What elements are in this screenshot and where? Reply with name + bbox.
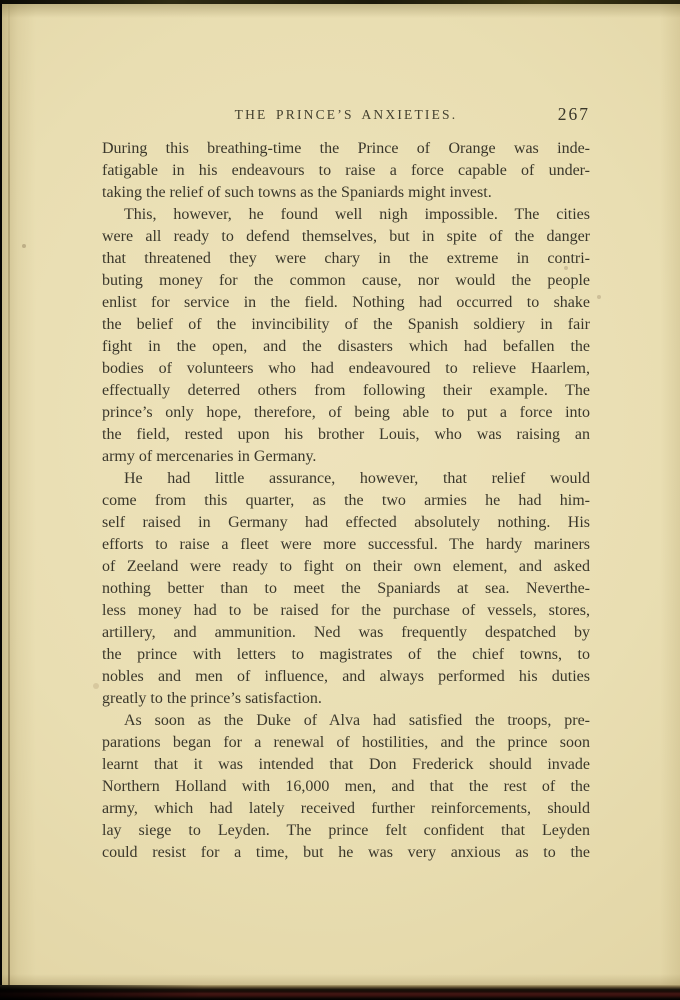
text-line: army of mercenaries in Germany. xyxy=(102,446,590,468)
text-line: He had little assurance, however, that r… xyxy=(102,468,590,490)
text-line: nothing better than to meet the Spaniard… xyxy=(102,578,590,600)
text-line: could resist for a time, but he was very… xyxy=(102,842,590,864)
text-line: taking the relief of such towns as the S… xyxy=(102,182,590,204)
text-line: Northern Holland with 16,000 men, and th… xyxy=(102,776,590,798)
paragraph: He had little assurance, however, that r… xyxy=(102,468,590,710)
page-header-title: THE PRINCE’S ANXIETIES. xyxy=(102,106,590,124)
text-line: fatigable in his endeavours to raise a f… xyxy=(102,160,590,182)
text-line: army, which had lately received further … xyxy=(102,798,590,820)
text-line: were all ready to defend themselves, but… xyxy=(102,226,590,248)
text-line: parations began for a renewal of hostili… xyxy=(102,732,590,754)
text-line: prince’s only hope, therefore, of being … xyxy=(102,402,590,424)
paragraph: As soon as the Duke of Alva had satisfie… xyxy=(102,710,590,864)
text-line: the belief of the invincibility of the S… xyxy=(102,314,590,336)
text-line: come from this quarter, as the two armie… xyxy=(102,490,590,512)
text-line: fight in the open, and the disasters whi… xyxy=(102,336,590,358)
text-line: less money had to be raised for the purc… xyxy=(102,600,590,622)
book-edge-bottom xyxy=(0,985,680,1000)
text-line: greatly to the prince’s satisfaction. xyxy=(102,688,590,710)
gutter-crease xyxy=(8,4,10,986)
paragraph: This, however, he found well nigh imposs… xyxy=(102,204,590,468)
text-line: the field, rested upon his brother Louis… xyxy=(102,424,590,446)
text-line: During this breathing-time the Prince of… xyxy=(102,138,590,160)
text-line: learnt that it was intended that Don Fre… xyxy=(102,754,590,776)
running-header: THE PRINCE’S ANXIETIES. 267 xyxy=(102,106,590,124)
text-line: artillery, and ammunition. Ned was frequ… xyxy=(102,622,590,644)
text-line: the prince with letters to magistrates o… xyxy=(102,644,590,666)
paragraph: During this breathing-time the Prince of… xyxy=(102,138,590,204)
page-paper: THE PRINCE’S ANXIETIES. 267 During this … xyxy=(2,4,680,986)
text-line: that threatened they were chary in the e… xyxy=(102,248,590,270)
text-line: self raised in Germany had effected abso… xyxy=(102,512,590,534)
scanned-book-page: THE PRINCE’S ANXIETIES. 267 During this … xyxy=(0,0,680,1000)
page-body: During this breathing-time the Prince of… xyxy=(102,138,590,864)
page-number: 267 xyxy=(558,104,590,124)
text-line: bodies of volunteers who had endeavoured… xyxy=(102,358,590,380)
text-line: efforts to raise a fleet were more succe… xyxy=(102,534,590,556)
text-line: lay siege to Leyden. The prince felt con… xyxy=(102,820,590,842)
text-line: buting money for the common cause, nor w… xyxy=(102,270,590,292)
book-edge-top xyxy=(0,0,680,4)
text-line: As soon as the Duke of Alva had satisfie… xyxy=(102,710,590,732)
text-line: of Zeeland were ready to fight on their … xyxy=(102,556,590,578)
text-line: effectually deterred others from followi… xyxy=(102,380,590,402)
text-line: This, however, he found well nigh imposs… xyxy=(102,204,590,226)
text-line: nobles and men of influence, and always … xyxy=(102,666,590,688)
text-line: enlist for service in the field. Nothing… xyxy=(102,292,590,314)
